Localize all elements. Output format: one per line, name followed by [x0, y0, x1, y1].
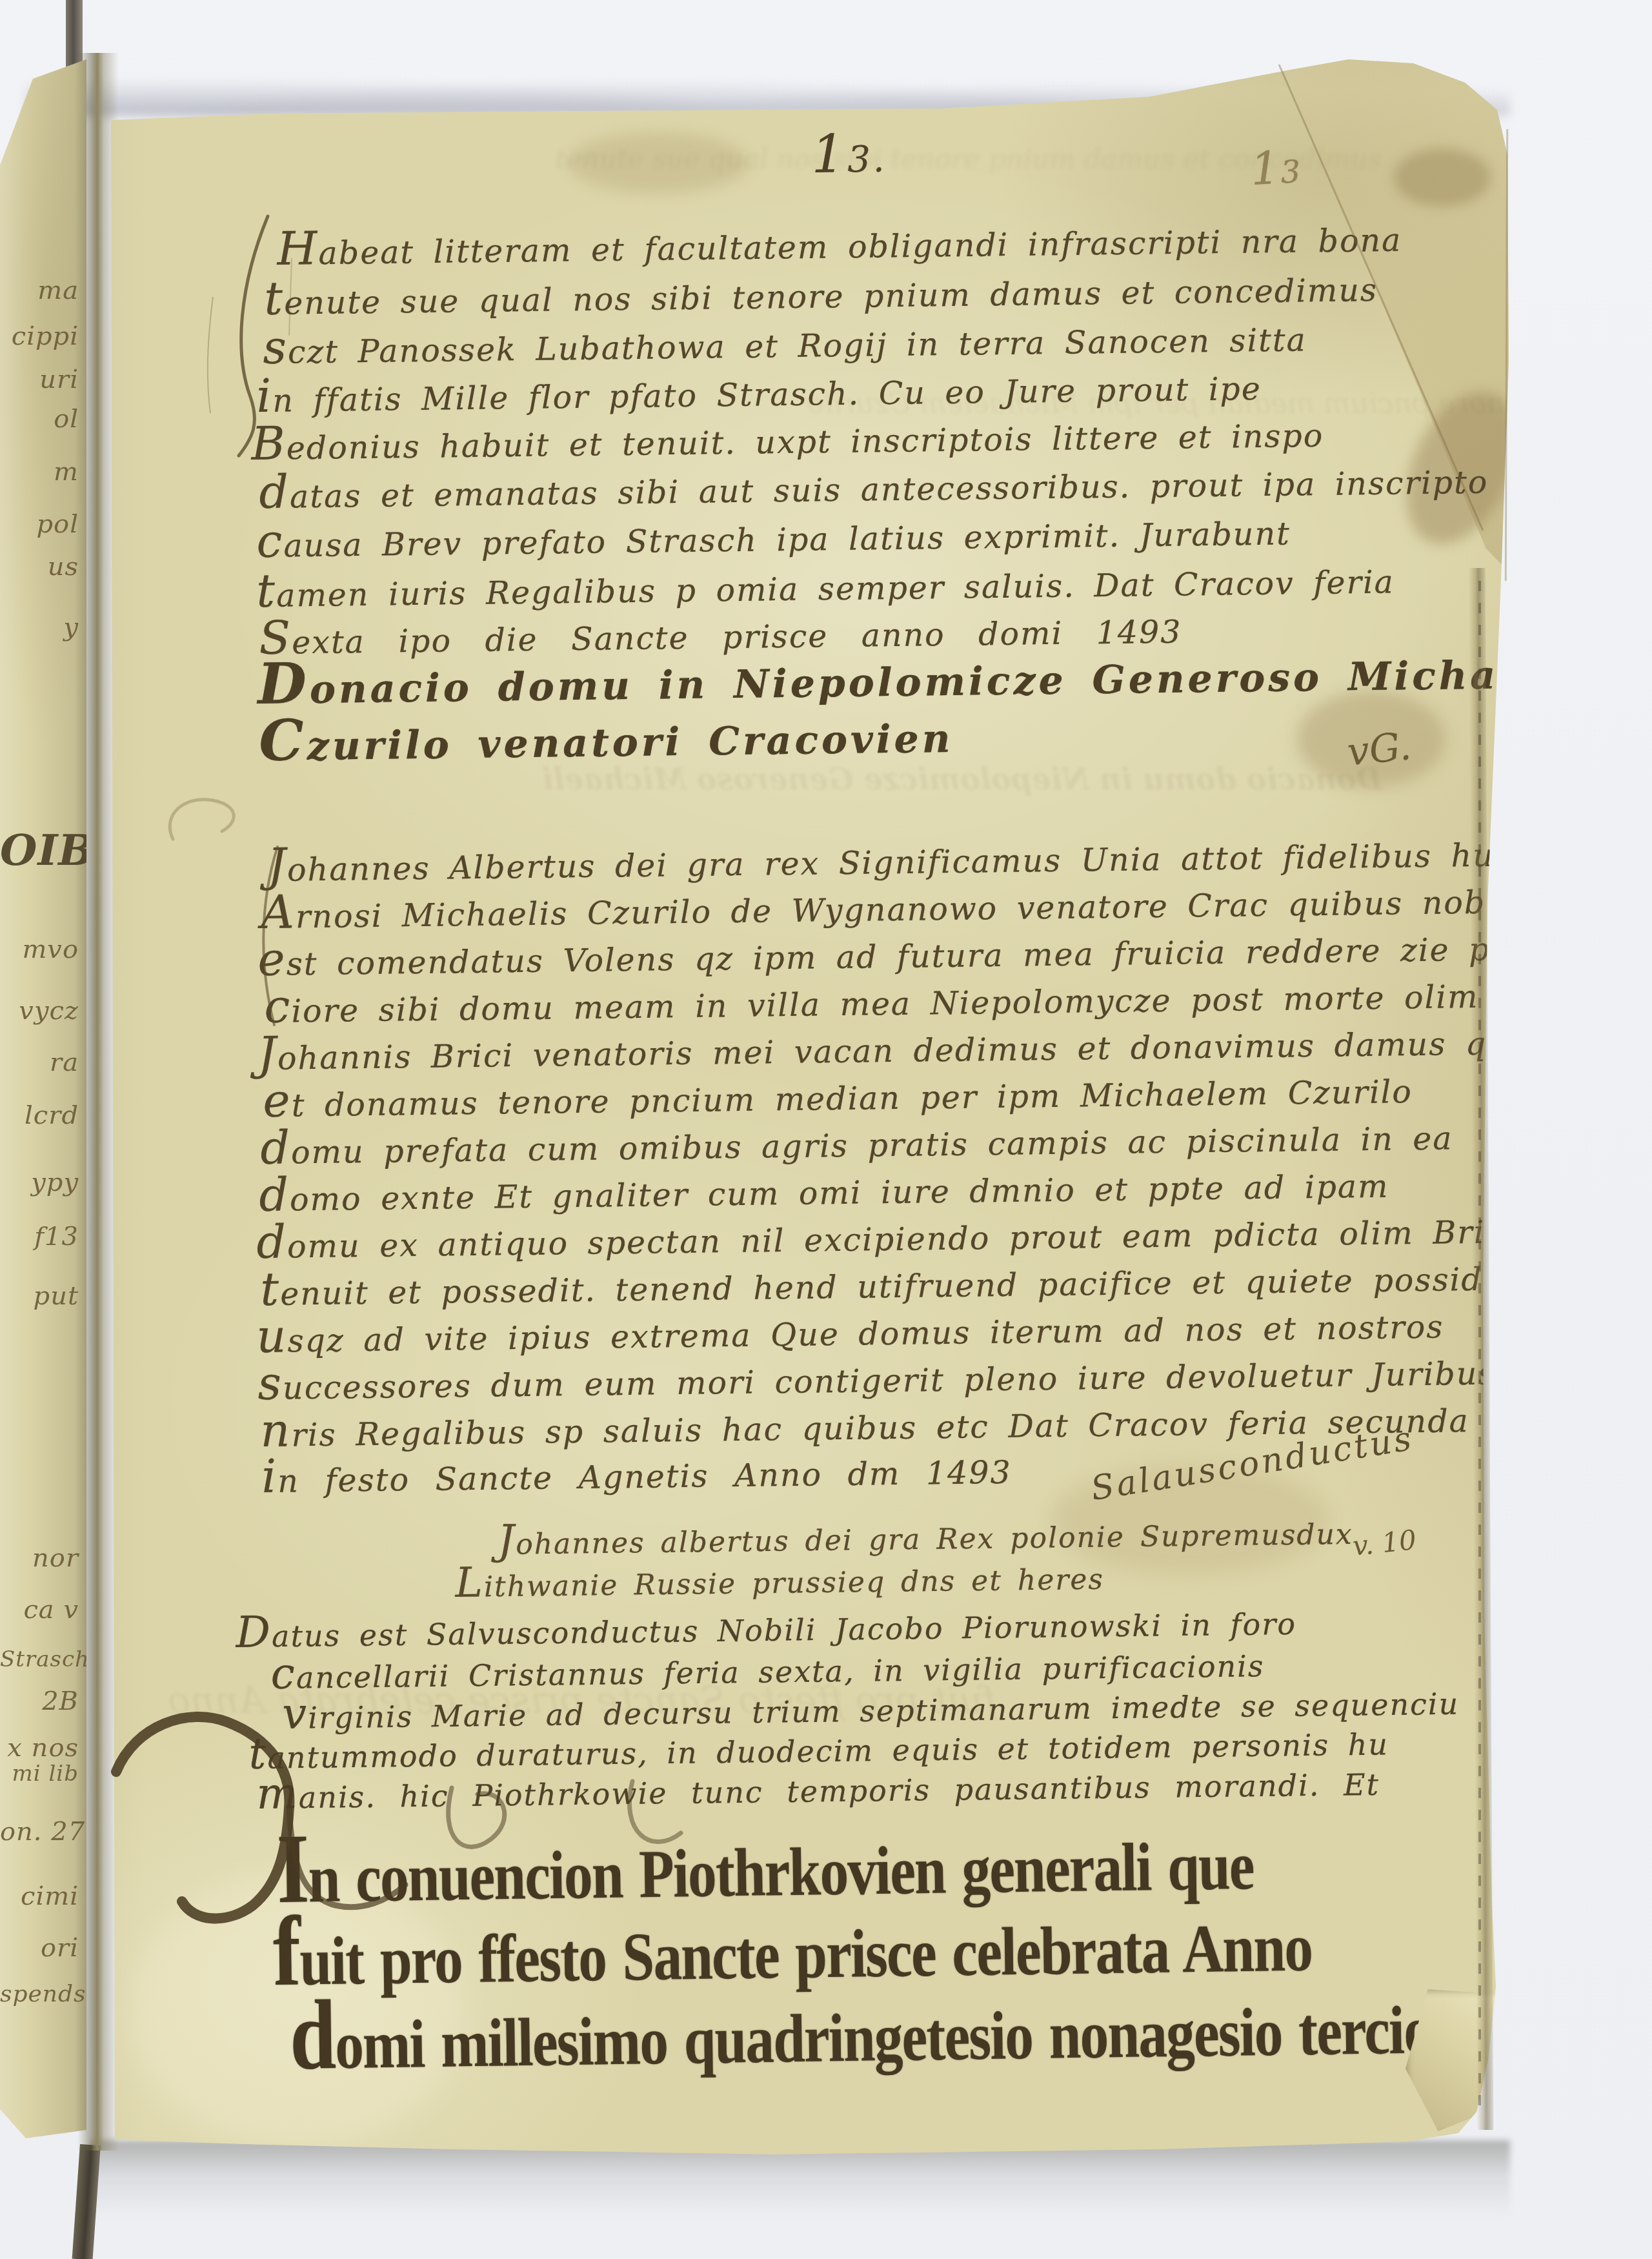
margin-mark-v10: v. 10 [1351, 1524, 1418, 1562]
left-page-text-fragment: nor [0, 1545, 79, 1571]
left-page-text-fragment: ca v [0, 1597, 79, 1623]
page-number-faded: 13 [1249, 145, 1302, 192]
bleedthrough-ghost: Donacio domu in Niepolomicze Generoso Mi… [542, 762, 1382, 796]
left-page-text-fragment: ma [0, 278, 79, 303]
left-page-edge: ma cippi uri ol m pol us y OIB mvo vycz … [0, 56, 86, 2147]
margin-mark-vg: vG. [1345, 724, 1414, 775]
left-page-text-fragment: lcrd [0, 1102, 79, 1128]
left-page-text-fragment: mi lib [0, 1763, 79, 1785]
manuscript-page: 13. 13 Habeat litteram et facultatem obl… [0, 0, 1652, 2259]
left-page-text-fragment: ol [0, 406, 79, 432]
leaf-edges-line [1478, 581, 1481, 2117]
stain [1394, 148, 1491, 207]
left-page-text-fragment: ra [0, 1049, 79, 1075]
left-page-text-fragment: x nos [0, 1735, 79, 1761]
left-page-text-fragment: OIB [0, 829, 79, 871]
stain [568, 132, 749, 194]
left-page-text-fragment: y [0, 614, 79, 640]
left-page-text-fragment: mvo [0, 937, 79, 962]
text-line: in festo Sancte Agnetis Anno dm 1493 [261, 1444, 1012, 1499]
left-page-text-fragment: put [0, 1283, 79, 1309]
left-page-text-fragment: pol [0, 511, 79, 537]
left-page-text-fragment: vycz [0, 998, 79, 1024]
left-page-text-fragment: f13 [0, 1224, 79, 1250]
left-page-text-fragment: spends [0, 1983, 79, 2006]
text-line: causa Brev prefato Strasch ipa latius ex… [256, 505, 1291, 564]
text-line: tamen iuris Regalibus p omia semper salu… [256, 554, 1395, 614]
page-number: 13. [811, 128, 887, 182]
display-heading-line: domi millesimo quadringetesio nonagesio … [289, 1970, 1432, 2085]
rubric-heading-line: Czurilo venatori Cracovien [259, 704, 954, 769]
royal-style-line: Lithwanie Russie prussieq dns et heres [455, 1555, 1104, 1605]
left-page-text-fragment: ori [0, 1935, 79, 1961]
left-page-text-fragment: m [0, 459, 79, 485]
left-page-text-fragment: ypy [0, 1170, 79, 1195]
left-page-text-fragment: 2B [0, 1688, 79, 1714]
text-line: Habeat litteram et facultatem obligandi … [277, 212, 1402, 272]
left-page-text-fragment: cippi [0, 323, 79, 349]
left-page-text-fragment: on. 27 [0, 1819, 79, 1845]
left-page-text-fragment: cimi [0, 1883, 79, 1909]
left-page-text-fragment: uri [0, 367, 79, 392]
left-page-text-fragment: Strasch [0, 1648, 79, 1670]
binding-rod-bottom [72, 2144, 101, 2259]
left-page-text-fragment: us [0, 554, 79, 580]
